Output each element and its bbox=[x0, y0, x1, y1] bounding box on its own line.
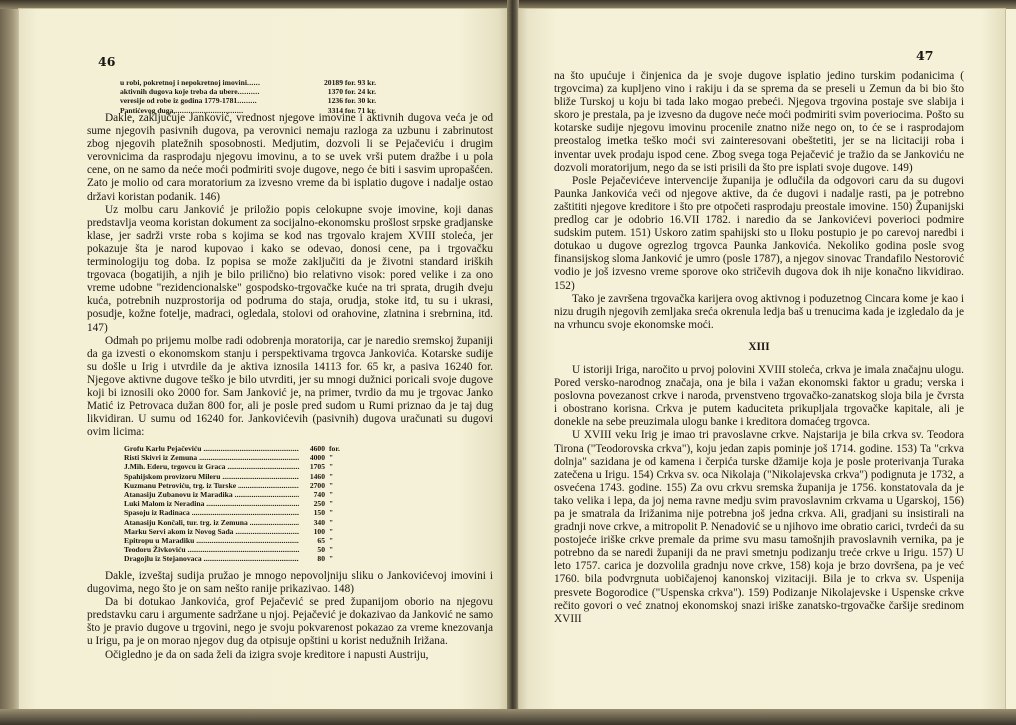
table-row: u robi, pokretnoj i nepokretnoj imovini.… bbox=[120, 78, 376, 87]
creditor-name: Spahijskom provizoru Mileru ............… bbox=[124, 472, 299, 481]
creditor-amount: 4600 bbox=[299, 444, 325, 453]
creditor-unit: " bbox=[325, 462, 351, 471]
creditor-amount: 80 bbox=[299, 554, 325, 563]
left-body-text-2: Dakle, izveštaj sudija pružao je mnogo n… bbox=[87, 570, 493, 662]
page-number-left: 46 bbox=[98, 54, 115, 69]
creditor-unit: " bbox=[325, 490, 351, 499]
table-row: Marku Servi akom iz Novog Sada .........… bbox=[124, 527, 351, 536]
creditor-unit: " bbox=[325, 518, 351, 527]
left-body-text-1: Dakle, zaključuje Janković, vrednost nje… bbox=[87, 112, 493, 439]
open-book-scan: 46 u robi, pokretnoj i nepokretnoj imovi… bbox=[0, 0, 1016, 725]
paragraph: Tako je završena trgovačka karijera ovog… bbox=[554, 293, 964, 332]
creditor-unit: " bbox=[325, 527, 351, 536]
creditor-unit: " bbox=[325, 481, 351, 490]
table-row: Atanasiju Zubanovu iz Maradika .........… bbox=[124, 490, 351, 499]
creditor-unit: " bbox=[325, 554, 351, 563]
creditor-unit: " bbox=[325, 472, 351, 481]
creditor-name: Luki Malom iz Neradina .................… bbox=[124, 499, 299, 508]
paragraph: Da bi dotukao Jankovića, grof Pejačević … bbox=[87, 596, 493, 648]
creditor-name: J.Mih. Ederu, trgovcu iz Graca .........… bbox=[124, 462, 299, 471]
creditor-unit: " bbox=[325, 508, 351, 517]
creditor-name: Marku Servi akom iz Novog Sada .........… bbox=[124, 527, 299, 536]
creditor-unit: " bbox=[325, 499, 351, 508]
creditor-name: Grofu Karlu Pejačeviću .................… bbox=[124, 444, 299, 453]
paragraph: Odmah po prijemu molbe radi odobrenja mo… bbox=[87, 335, 493, 440]
creditors-table: Grofu Karlu Pejačeviću .................… bbox=[124, 444, 351, 564]
table-row: Atanasiju Končali, tur. trg. iz Zemuna .… bbox=[124, 518, 351, 527]
paragraph: Posle Pejačevićeve intervencije županija… bbox=[554, 175, 964, 293]
creditor-amount: 340 bbox=[299, 518, 325, 527]
table-row: Spasoju iz Radinaca ....................… bbox=[124, 508, 351, 517]
asset-value: 1370 for. 24 kr. bbox=[320, 87, 376, 96]
table-row: Spahijskom provizoru Mileru ............… bbox=[124, 472, 351, 481]
creditor-amount: 65 bbox=[299, 536, 325, 545]
table-row: Teodoru Živkoviću ......................… bbox=[124, 545, 351, 554]
table-row: J.Mih. Ederu, trgovcu iz Graca .........… bbox=[124, 462, 351, 471]
table-row: Kuzmanu Petroviću, trg. iz Turske ......… bbox=[124, 481, 351, 490]
leader-dots: ...... bbox=[247, 78, 260, 87]
creditor-amount: 250 bbox=[299, 499, 325, 508]
paragraph: Dakle, zaključuje Janković, vrednost nje… bbox=[87, 112, 493, 204]
creditor-unit: for. bbox=[325, 444, 351, 453]
creditor-name: Teodoru Živkoviću ......................… bbox=[124, 545, 299, 554]
table-row: aktivnih dugova koje treba da ubere.....… bbox=[120, 87, 376, 96]
right-page: 47 na što upućuje i činjenica da je svoj… bbox=[518, 8, 1006, 710]
leader-dots: ......... bbox=[237, 96, 257, 105]
left-page: 46 u robi, pokretnoj i nepokretnoj imovi… bbox=[18, 8, 508, 710]
creditor-amount: 740 bbox=[299, 490, 325, 499]
book-bottom-edge bbox=[0, 709, 1016, 725]
asset-label: veresije od robe iz godina 1779-1781 bbox=[120, 96, 237, 105]
table-row: veresije od robe iz godina 1779-1781....… bbox=[120, 96, 376, 105]
section-heading: XIII bbox=[554, 341, 964, 354]
creditor-amount: 4000 bbox=[299, 453, 325, 462]
table-row: Luki Malom iz Neradina .................… bbox=[124, 499, 351, 508]
creditor-amount: 100 bbox=[299, 527, 325, 536]
leader-dots: .......... bbox=[238, 87, 260, 96]
page-number-right: 47 bbox=[916, 48, 933, 63]
creditor-unit: " bbox=[325, 453, 351, 462]
asset-label: aktivnih dugova koje treba da ubere bbox=[120, 87, 238, 96]
paragraph: U istoriji Iriga, naročito u prvoj polov… bbox=[554, 364, 964, 429]
creditor-amount: 150 bbox=[299, 508, 325, 517]
creditor-amount: 1460 bbox=[299, 472, 325, 481]
creditor-amount: 2700 bbox=[299, 481, 325, 490]
creditor-unit: " bbox=[325, 545, 351, 554]
asset-value: 1236 for. 30 kr. bbox=[320, 96, 376, 105]
paragraph: na što upućuje i činjenica da je svoje d… bbox=[554, 70, 964, 175]
paragraph: Očigledno je da on sada želi da izigra s… bbox=[87, 649, 493, 662]
asset-table: u robi, pokretnoj i nepokretnoj imovini.… bbox=[120, 78, 376, 115]
creditor-amount: 1705 bbox=[299, 462, 325, 471]
creditor-name: Epitropu u Maradiku ....................… bbox=[124, 536, 299, 545]
paragraph: U XVIII veku Irig je imao tri pravoslavn… bbox=[554, 429, 964, 625]
table-row: Risti Skivri iz Zemuna .................… bbox=[124, 453, 351, 462]
creditor-name: Atanasiju Zubanovu iz Maradika .........… bbox=[124, 490, 299, 499]
creditor-name: Risti Skivri iz Zemuna .................… bbox=[124, 453, 299, 462]
right-body-text: na što upućuje i činjenica da je svoje d… bbox=[554, 70, 964, 626]
asset-value: 20189 for. 93 kr. bbox=[320, 78, 376, 87]
creditor-unit: " bbox=[325, 536, 351, 545]
creditor-name: Atanasiju Končali, tur. trg. iz Zemuna .… bbox=[124, 518, 299, 527]
table-row: Epitropu u Maradiku ....................… bbox=[124, 536, 351, 545]
paragraph: Dakle, izveštaj sudija pružao je mnogo n… bbox=[87, 570, 493, 596]
creditor-name: Kuzmanu Petroviću, trg. iz Turske ......… bbox=[124, 481, 299, 490]
creditor-name: Spasoju iz Radinaca ....................… bbox=[124, 508, 299, 517]
paragraph: Uz molbu caru Janković je priložio popis… bbox=[87, 204, 493, 335]
asset-label: u robi, pokretnoj i nepokretnoj imovini bbox=[120, 78, 247, 87]
creditor-name: Dragojlu iz Stejanovaca ................… bbox=[124, 554, 299, 563]
table-row: Dragojlu iz Stejanovaca ................… bbox=[124, 554, 351, 563]
table-row: Grofu Karlu Pejačeviću .................… bbox=[124, 444, 351, 453]
creditor-amount: 50 bbox=[299, 545, 325, 554]
